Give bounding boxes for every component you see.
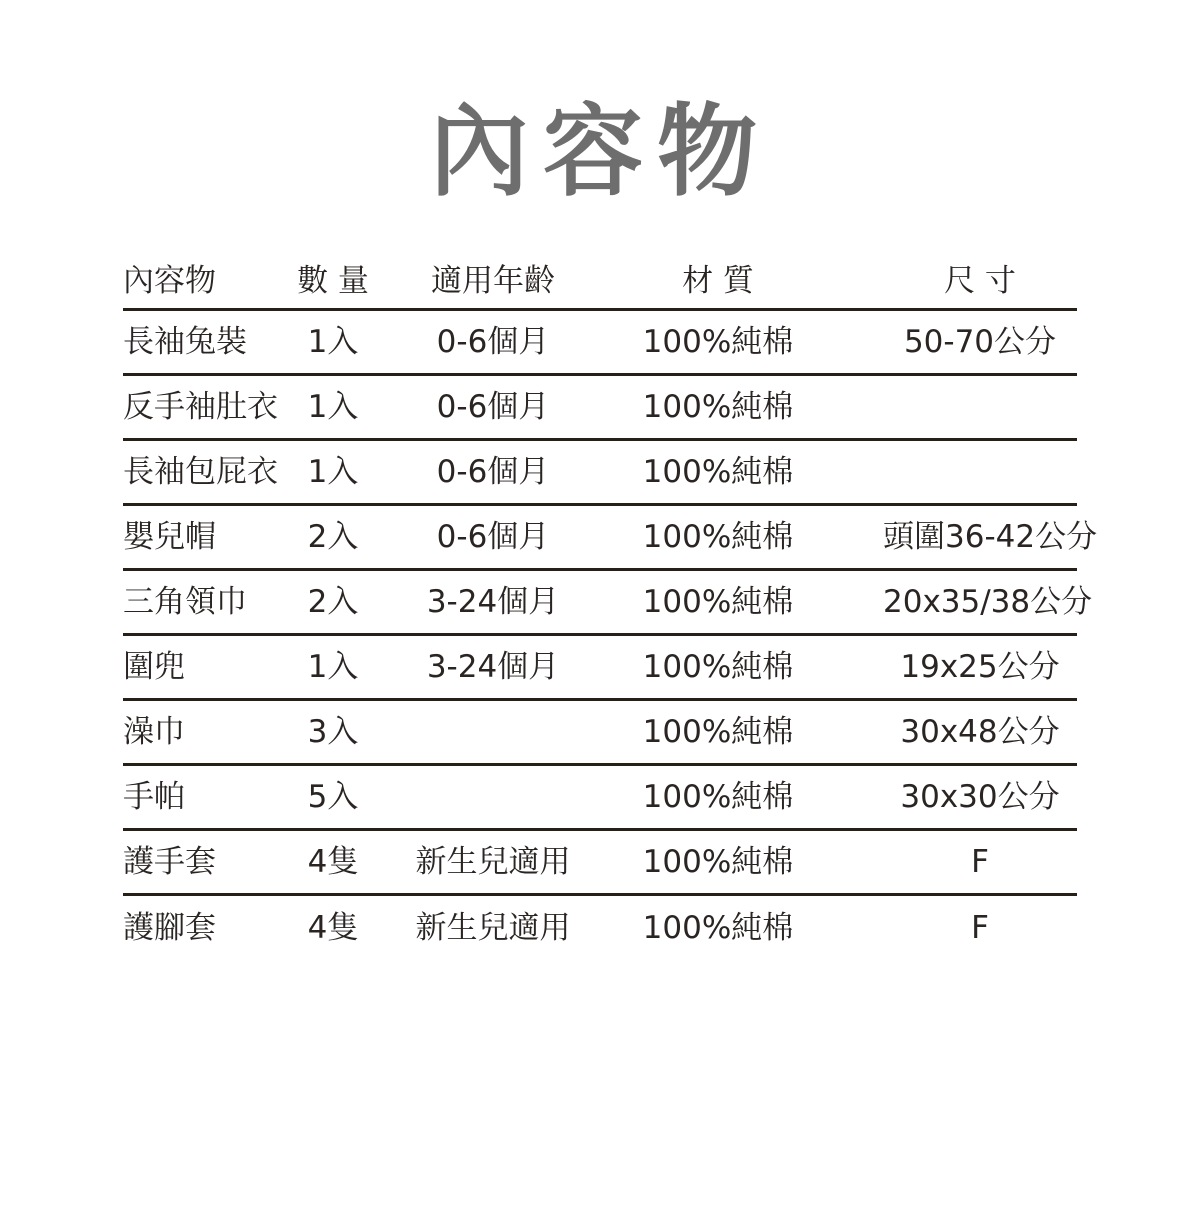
size-cell: 20x35/38公分: [883, 587, 1077, 618]
size-cell: 50-70公分: [883, 327, 1077, 358]
table-row: 長袖包屁衣1入0-6個月100%純棉: [123, 441, 1077, 506]
product-name-cell: 嬰兒帽: [123, 522, 293, 553]
quantity-cell: 2入: [293, 522, 373, 553]
material-cell: 100%純棉: [613, 913, 823, 944]
material-cell: 100%純棉: [613, 782, 823, 813]
product-name-cell: 護手套: [123, 847, 293, 878]
age-cell: 0-6個月: [373, 392, 613, 423]
quantity-cell: 1入: [293, 652, 373, 683]
age-cell: 新生兒適用: [373, 913, 613, 944]
quantity-cell: 4隻: [293, 913, 373, 944]
material-cell: 100%純棉: [613, 717, 823, 748]
contents-table: 內容物 數 量 適用年齡 材 質 尺 寸 長袖兔裝1入0-6個月100%純棉50…: [123, 255, 1077, 961]
age-cell: 0-6個月: [373, 327, 613, 358]
size-cell: 頭圍36-42公分: [883, 522, 1077, 553]
age-cell: 0-6個月: [373, 522, 613, 553]
table-row: 護腳套4隻新生兒適用100%純棉F: [123, 896, 1077, 961]
page-title: 內容物: [0, 96, 1200, 206]
table-row: 長袖兔裝1入0-6個月100%純棉50-70公分: [123, 311, 1077, 376]
quantity-cell: 1入: [293, 392, 373, 423]
product-name-cell: 澡巾: [123, 717, 293, 748]
product-name-cell: 圍兜: [123, 652, 293, 683]
table-row: 反手袖肚衣1入0-6個月100%純棉: [123, 376, 1077, 441]
header-material: 材 質: [613, 266, 823, 297]
material-cell: 100%純棉: [613, 587, 823, 618]
quantity-cell: 3入: [293, 717, 373, 748]
product-name-cell: 長袖包屁衣: [123, 457, 293, 488]
table-row: 圍兜1入3-24個月100%純棉19x25公分: [123, 636, 1077, 701]
size-cell: 30x48公分: [883, 717, 1077, 748]
product-name-cell: 三角領巾: [123, 587, 293, 618]
quantity-cell: 1入: [293, 327, 373, 358]
table-body: 長袖兔裝1入0-6個月100%純棉50-70公分反手袖肚衣1入0-6個月100%…: [123, 311, 1077, 961]
product-name-cell: 長袖兔裝: [123, 327, 293, 358]
material-cell: 100%純棉: [613, 522, 823, 553]
age-cell: 3-24個月: [373, 587, 613, 618]
table-row: 三角領巾2入3-24個月100%純棉20x35/38公分: [123, 571, 1077, 636]
quantity-cell: 5入: [293, 782, 373, 813]
product-name-cell: 反手袖肚衣: [123, 392, 293, 423]
product-name-cell: 護腳套: [123, 913, 293, 944]
material-cell: 100%純棉: [613, 392, 823, 423]
size-cell: 19x25公分: [883, 652, 1077, 683]
product-contents-sheet: 內容物 內容物 數 量 適用年齡 材 質 尺 寸 長袖兔裝1入0-6個月100%…: [0, 0, 1200, 1205]
table-row: 嬰兒帽2入0-6個月100%純棉頭圍36-42公分: [123, 506, 1077, 571]
header-age: 適用年齡: [373, 266, 613, 297]
age-cell: 0-6個月: [373, 457, 613, 488]
material-cell: 100%純棉: [613, 847, 823, 878]
material-cell: 100%純棉: [613, 652, 823, 683]
quantity-cell: 1入: [293, 457, 373, 488]
quantity-cell: 4隻: [293, 847, 373, 878]
age-cell: 新生兒適用: [373, 847, 613, 878]
size-cell: 30x30公分: [883, 782, 1077, 813]
header-quantity: 數 量: [293, 266, 373, 297]
quantity-cell: 2入: [293, 587, 373, 618]
header-size: 尺 寸: [883, 266, 1077, 297]
table-row: 澡巾3入100%純棉30x48公分: [123, 701, 1077, 766]
size-cell: F: [883, 847, 1077, 878]
material-cell: 100%純棉: [613, 457, 823, 488]
table-header-row: 內容物 數 量 適用年齡 材 質 尺 寸: [123, 255, 1077, 311]
table-row: 護手套4隻新生兒適用100%純棉F: [123, 831, 1077, 896]
age-cell: 3-24個月: [373, 652, 613, 683]
table-row: 手帕5入100%純棉30x30公分: [123, 766, 1077, 831]
header-item: 內容物: [123, 266, 293, 297]
product-name-cell: 手帕: [123, 782, 293, 813]
size-cell: F: [883, 913, 1077, 944]
material-cell: 100%純棉: [613, 327, 823, 358]
